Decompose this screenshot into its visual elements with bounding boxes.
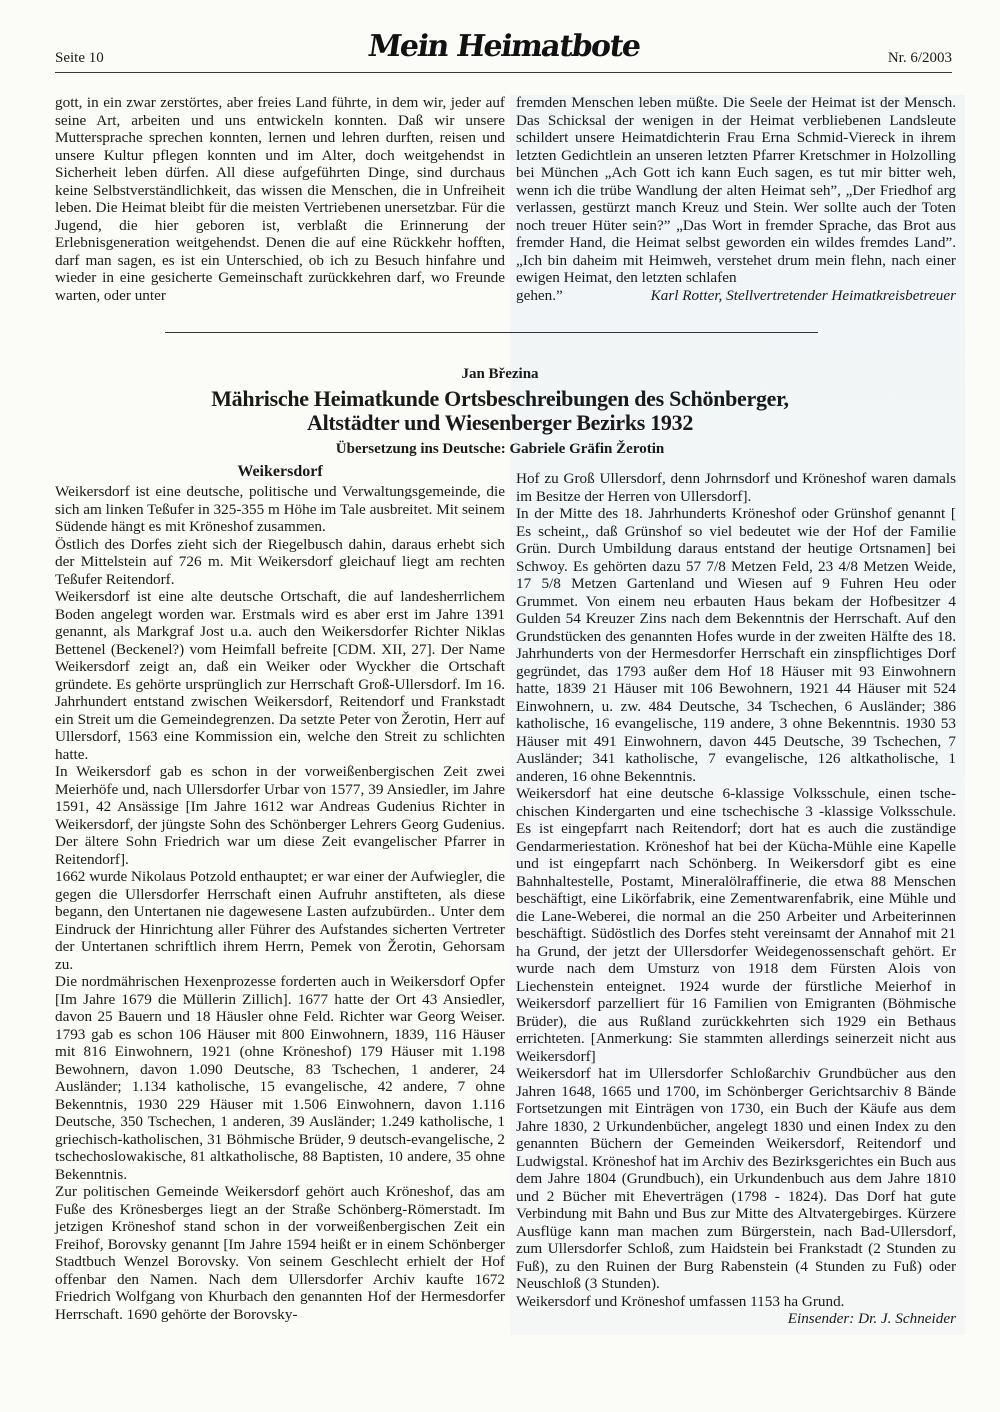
paragraph: Weikersdorf hat eine deutsche 6-klassige…	[516, 785, 956, 1065]
paragraph: In Weikersdorf gab es schon in der vorwe…	[55, 763, 505, 868]
previous-article-signature: Karl Rotter, Stellvertretender Heimatkre…	[651, 287, 956, 305]
previous-article-left-column: gott, in ein zwar zerstörtes, aber freie…	[55, 94, 505, 304]
article-author: Jan Březina	[60, 366, 940, 383]
previous-article-closing-word: gehen.”	[516, 287, 563, 305]
article-header: Jan Březina Mährische Heimatkunde Ortsbe…	[60, 366, 940, 458]
masthead-logo: Mein Heimatbote	[365, 29, 641, 64]
page-number: Seite 10	[55, 50, 104, 67]
article-translator: Übersetzung ins Deutsche: Gabriele Gräfi…	[60, 441, 940, 458]
article-signature: Einsender: Dr. J. Schneider	[516, 1310, 956, 1328]
paragraph: Weikersdorf ist eine deutsche, politisch…	[55, 483, 505, 536]
article-left-column: Weikersdorf Weikersdorf ist eine deutsch…	[55, 462, 505, 1323]
previous-article-text-left: gott, in ein zwar zerstörtes, aber freie…	[55, 94, 505, 304]
paragraph: 1662 wurde Nikolaus Potzold enthauptet; …	[55, 868, 505, 973]
section-heading: Weikersdorf	[55, 462, 505, 481]
paragraph: Die nordmährischen Hexenprozesse fordert…	[55, 973, 505, 1183]
issue-number: Nr. 6/2003	[888, 50, 952, 67]
article-title-line-1: Mährische Heimatkunde Ortsbeschreibungen…	[60, 387, 940, 411]
article-right-column: Hof zu Groß Ullersdorf, denn Johrnsdorf …	[516, 470, 956, 1328]
paragraph: Hof zu Groß Ullersdorf, denn Johrnsdorf …	[516, 470, 956, 505]
previous-article-right-column: fremden Menschen leben müßte. Die Seele …	[516, 94, 956, 304]
article-title-line-2: Altstädter und Wiesenberger Bezirks 1932	[60, 411, 940, 435]
paragraph: Weikersdorf ist eine alte deutsche Ortsc…	[55, 588, 505, 763]
previous-article-signature-line: gehen.” Karl Rotter, Stellvertretender H…	[516, 287, 956, 305]
paragraph: Zur politischen Gemeinde Weikersdorf geh…	[55, 1183, 505, 1323]
paragraph: In der Mitte des 18. Jahrhunderts Krönes…	[516, 505, 956, 785]
section-divider	[165, 332, 818, 333]
paragraph: Östlich des Dorfes zieht sich der Riegel…	[55, 536, 505, 589]
previous-article-text-right: fremden Menschen leben müßte. Die Seele …	[516, 94, 956, 287]
page-header: Seite 10 Mein Heimatbote Nr. 6/2003	[55, 20, 952, 73]
paragraph: Weikersdorf und Kröneshof umfassen 1153 …	[516, 1293, 956, 1311]
paragraph: Weikersdorf hat im Ullersdorfer Schloßar…	[516, 1065, 956, 1293]
